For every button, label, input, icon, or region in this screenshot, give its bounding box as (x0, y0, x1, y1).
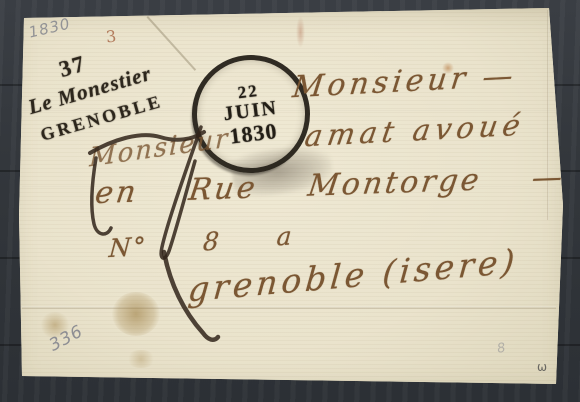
manuscript-tax-mark (0, 0, 580, 402)
photo-background: 1830 336 8 3 37 Le Monestier GRENOBLE 22… (0, 0, 580, 402)
letter-sheet: 1830 336 8 3 37 Le Monestier GRENOBLE 22… (0, 0, 580, 402)
expert-mark: ω (537, 360, 547, 374)
